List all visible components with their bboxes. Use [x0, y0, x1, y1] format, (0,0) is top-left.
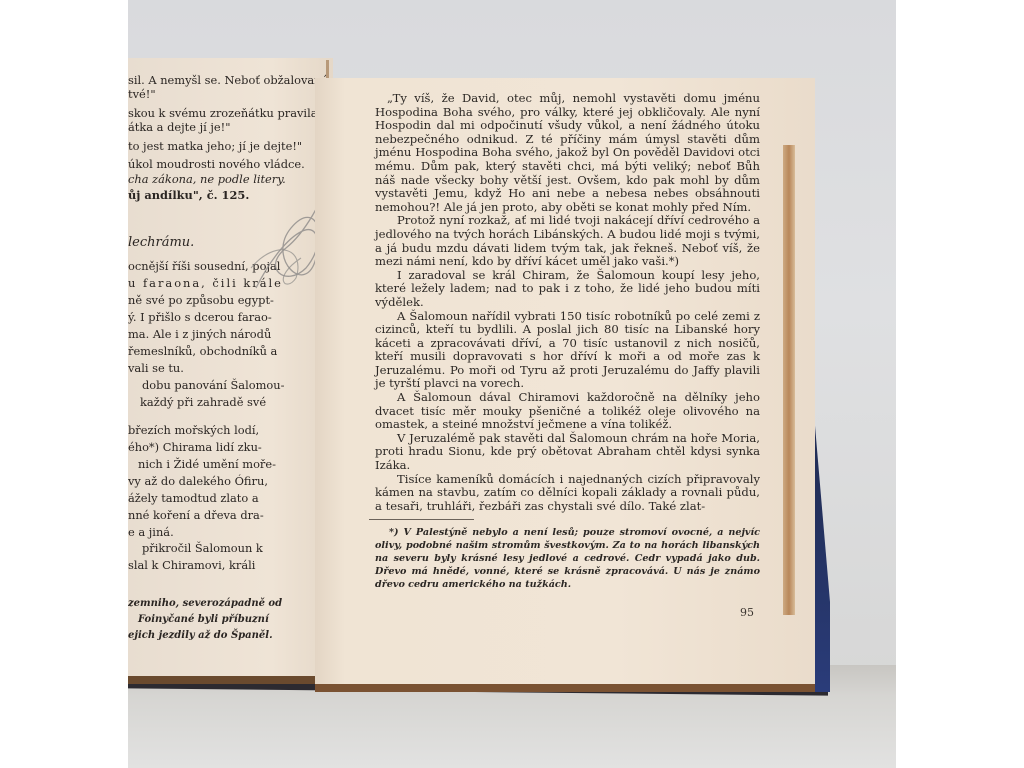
footnote-rule: [369, 519, 474, 520]
left-line: každý při zahradě své: [140, 394, 266, 412]
left-line: átka a dejte jí je!": [128, 119, 230, 137]
paragraph: A Šalomoun nařídil vybrati 150 tisíc rob…: [375, 310, 760, 392]
footnote: *) V Palestýně nebylo a není lesů; pouze…: [375, 526, 760, 591]
left-line: vy až do dalekého Ófiru,: [128, 473, 268, 491]
left-line: dobu panování Šalomou-: [142, 377, 284, 395]
paragraph: I zaradoval se král Chiram, že Šalomoun …: [375, 269, 760, 310]
book-photo: sil. A nemyšl se. Neboť obžalovaná tvé!"…: [128, 0, 896, 768]
left-line: ůj andílku", č. 125.: [128, 187, 249, 205]
paragraph: „Ty víš, že David, otec můj, nemohl vyst…: [375, 92, 760, 214]
left-footnote-line: Foinyčané byli příbuzní: [138, 611, 269, 629]
left-line: ma. Ale i z jiných národů: [128, 326, 271, 344]
left-section-heading: lechrámu.: [128, 234, 194, 252]
left-line: ý. I přišlo s dcerou farao-: [128, 309, 272, 327]
right-page: „Ty víš, že David, otec můj, nemohl vyst…: [315, 78, 815, 692]
footnote-text: *) V Palestýně nebylo a není lesů; pouze…: [375, 526, 760, 591]
left-line: ého*) Chirama lidí zku-: [128, 439, 262, 457]
left-line: přikročil Šalomoun k: [142, 540, 263, 558]
right-page-text: „Ty víš, že David, otec můj, nemohl vyst…: [375, 92, 760, 591]
left-page: sil. A nemyšl se. Neboť obžalovaná tvé!"…: [128, 58, 333, 684]
left-line: slal k Chiramovi, králi: [128, 557, 255, 575]
left-line: to jest matka jeho; jí je dejte!": [128, 138, 302, 156]
paragraph: A Šalomoun dával Chiramovi každoročně na…: [375, 391, 760, 432]
left-footnote-line: zemniho, severozápadně od: [128, 595, 282, 613]
left-line: nich i Židé umění moře-: [138, 456, 276, 474]
left-line: ážely tamodtud zlato a: [128, 490, 259, 508]
right-page-body: „Ty víš, že David, otec můj, nemohl vyst…: [375, 92, 760, 513]
left-line: sil. A nemyšl se. Neboť obžalovaná: [128, 72, 328, 90]
paragraph: V Jeruzalémě pak stavěti dal Šalomoun ch…: [375, 432, 760, 473]
left-line: březích mořských lodí,: [128, 422, 259, 440]
page-block-edge: [783, 145, 795, 615]
page-number: 95: [740, 606, 754, 619]
left-line: řemeslníků, obchodníků a: [128, 343, 277, 361]
left-line: tvé!": [128, 86, 156, 104]
left-footnote-line: ejich jezdily až do Španěl.: [128, 627, 273, 645]
left-line: e a jiná.: [128, 524, 174, 542]
left-line: nné koření a dřeva dra-: [128, 507, 264, 525]
paragraph: Protož nyní rozkaž, ať mi lidé tvoji nak…: [375, 214, 760, 268]
left-line: vali se tu.: [128, 360, 184, 378]
paragraph: Tisíce kameníků domácích i najednaných c…: [375, 473, 760, 514]
